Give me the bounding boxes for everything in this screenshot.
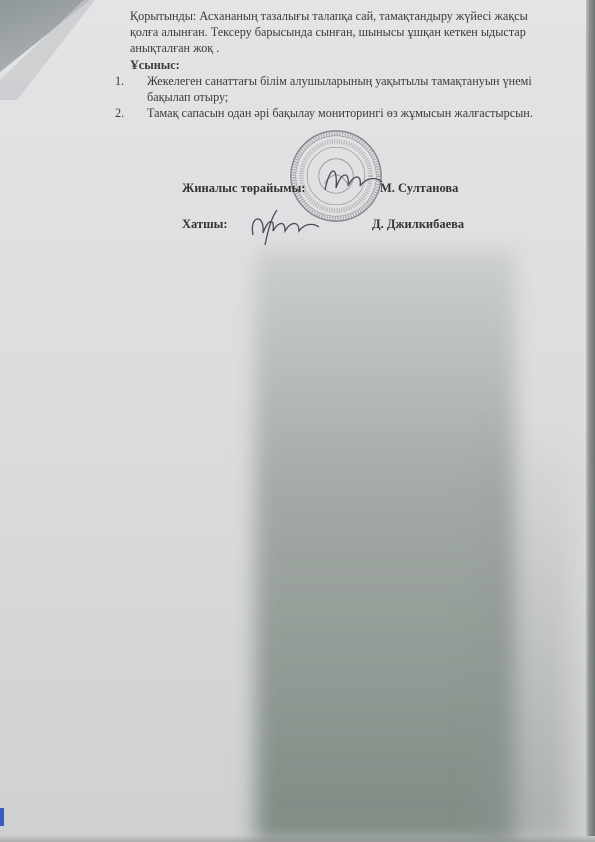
list-number: 2. — [115, 105, 124, 121]
list-text: Жекелеген санаттағы білім алушыларының у… — [147, 74, 532, 104]
secretary-label: Хатшы: — [182, 217, 228, 232]
edge-mark — [0, 808, 4, 826]
secretary-name: Д. Джилкибаева — [372, 217, 464, 232]
page-right-edge — [586, 0, 595, 842]
chair-label: Жиналыс төрайымы: — [182, 181, 306, 196]
recommendations-title: Ұсыныс: — [130, 57, 180, 73]
recommendations-list: 1. Жекелеген санаттағы білім алушыларыны… — [115, 73, 555, 121]
phone-shadow — [255, 250, 515, 842]
document-page: Қорытынды: Асхананың тазалығы талапқа са… — [0, 0, 595, 842]
chair-name: М. Султанова — [380, 181, 458, 196]
phone-shadow-soft — [480, 420, 570, 842]
list-text: Тамақ сапасын одан әрі бақылау мониторин… — [147, 106, 533, 120]
list-item: 2. Тамақ сапасын одан әрі бақылау монито… — [115, 105, 555, 121]
list-number: 1. — [115, 73, 124, 89]
secretary-signature-icon — [245, 205, 325, 250]
conclusion-paragraph: Қорытынды: Асхананың тазалығы талапқа са… — [130, 8, 550, 56]
list-item: 1. Жекелеген санаттағы білім алушыларыны… — [115, 73, 555, 105]
